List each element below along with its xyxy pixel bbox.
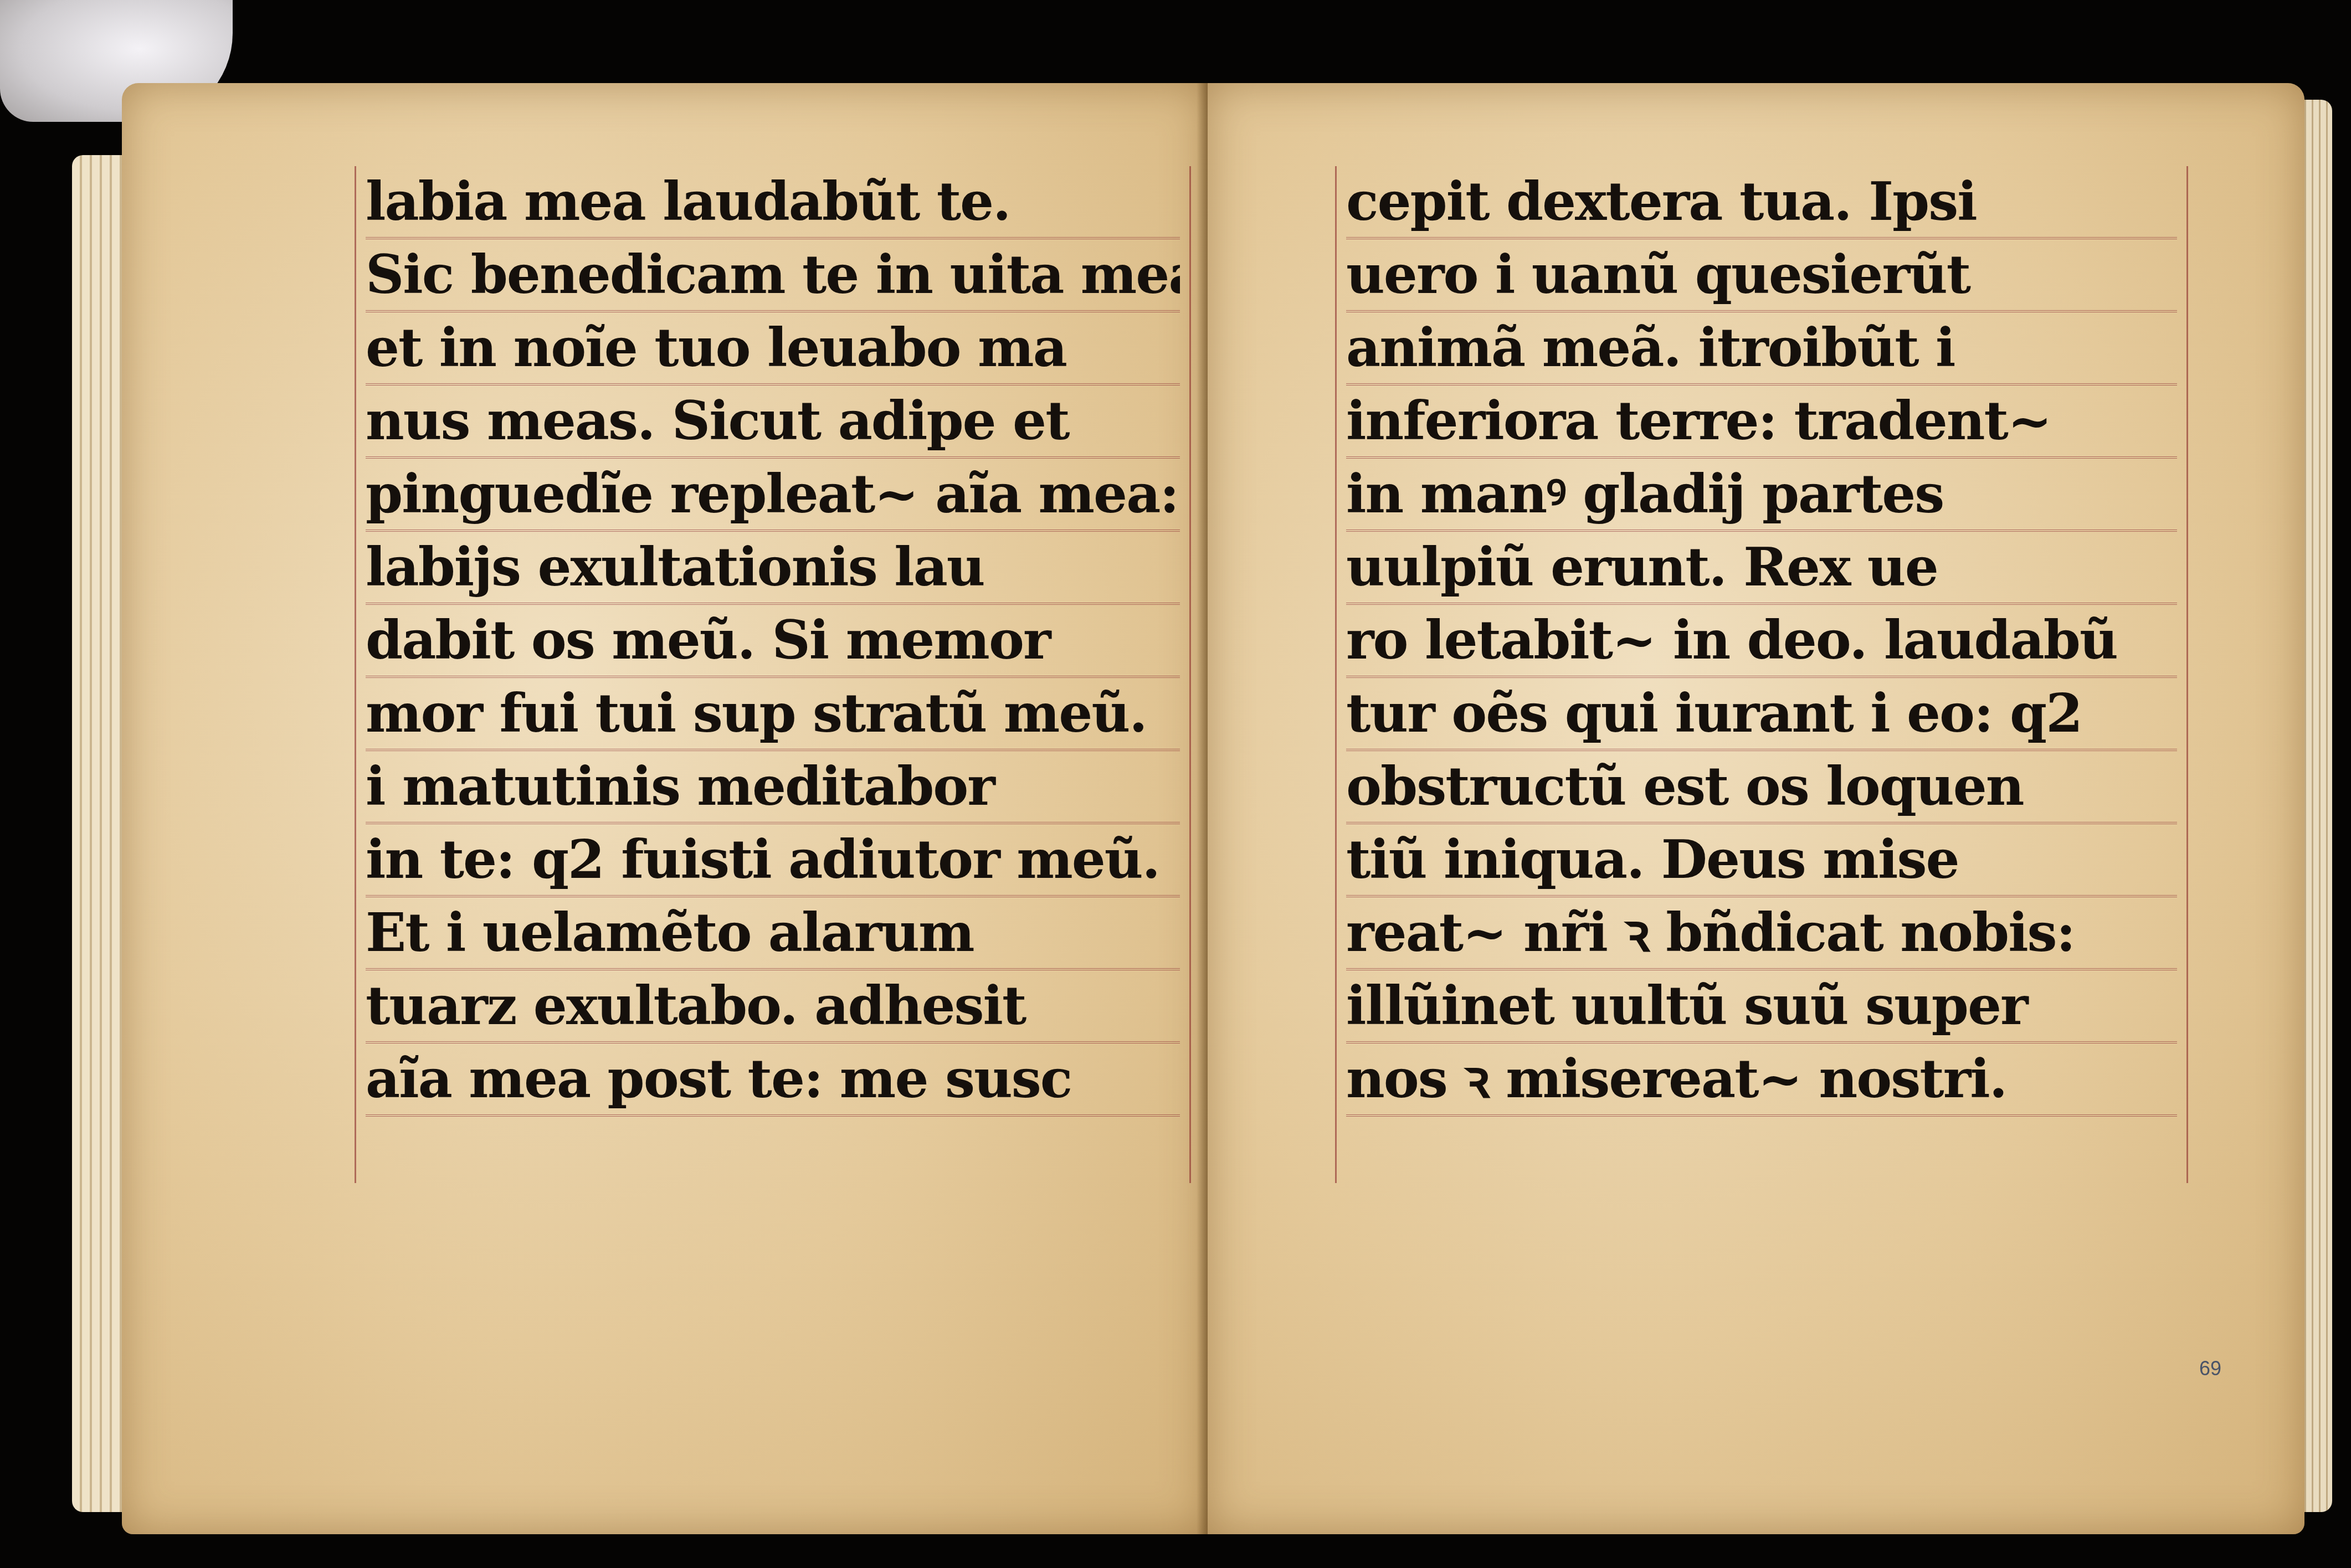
text-line: i matutinis meditabor [366, 751, 1180, 824]
folio-number: 69 [2199, 1357, 2221, 1380]
ruling-line [355, 166, 356, 1183]
text-line: inferiora terre: tradent~ [1346, 385, 2177, 459]
text-line: labia mea laudabũt te. [366, 166, 1180, 239]
text-line: uulpiũ erunt. Rex ue [1346, 532, 2177, 605]
text-line: in te: q2 fuisti adiutor meũ. [366, 824, 1180, 897]
left-page: labia mea laudabũt te. Sic benedicam te … [122, 83, 1208, 1534]
open-manuscript: labia mea laudabũt te. Sic benedicam te … [50, 44, 2266, 1540]
text-line: nus meas. Sicut adipe et [366, 385, 1180, 459]
text-line: animã meã. itroibũt i [1346, 312, 2177, 385]
text-line: in manꝰ gladij partes [1346, 459, 2177, 532]
text-line: labijs exultationis lau [366, 532, 1180, 605]
text-line: tiũ iniqua. Deus mise [1346, 824, 2177, 897]
text-line: obstructũ est os loquen [1346, 751, 2177, 824]
text-line: cepit dextera tua. Ipsi [1346, 166, 2177, 239]
ruling-line [1335, 166, 1337, 1183]
left-text-block: labia mea laudabũt te. Sic benedicam te … [366, 166, 1180, 1117]
text-line: nos ꝛ misereat~ nostri. [1346, 1043, 2177, 1117]
text-line: dabit os meũ. Si memor [366, 605, 1180, 678]
right-page: cepit dextera tua. Ipsi uero i uanũ ques… [1208, 83, 2304, 1534]
text-line: aĩa mea post te: me susc [366, 1043, 1180, 1117]
ruling-line [2186, 166, 2188, 1183]
text-line: uero i uanũ quesierũt [1346, 239, 2177, 312]
text-line: tur oẽs qui iurant i eo: q2 [1346, 678, 2177, 751]
right-text-block: cepit dextera tua. Ipsi uero i uanũ ques… [1346, 166, 2177, 1117]
text-line: mor fui tui sup stratũ meũ. [366, 678, 1180, 751]
text-line: reat~ nr̃i ꝛ bñdicat nobis: [1346, 897, 2177, 970]
page-edges-left [72, 155, 127, 1512]
text-line: tuarz exultabo. adhesit [366, 970, 1180, 1043]
text-line: Et i uelamẽto alarum [366, 897, 1180, 970]
text-line: Sic benedicam te in uita mea: [366, 239, 1180, 312]
text-line: illũinet uultũ suũ super [1346, 970, 2177, 1043]
text-line: et in noĩe tuo leuabo ma [366, 312, 1180, 385]
ruling-line [1189, 166, 1191, 1183]
text-line: pinguedĩe repleat~ aĩa mea: [366, 459, 1180, 532]
text-line: ro letabit~ in deo. laudabũ [1346, 605, 2177, 678]
